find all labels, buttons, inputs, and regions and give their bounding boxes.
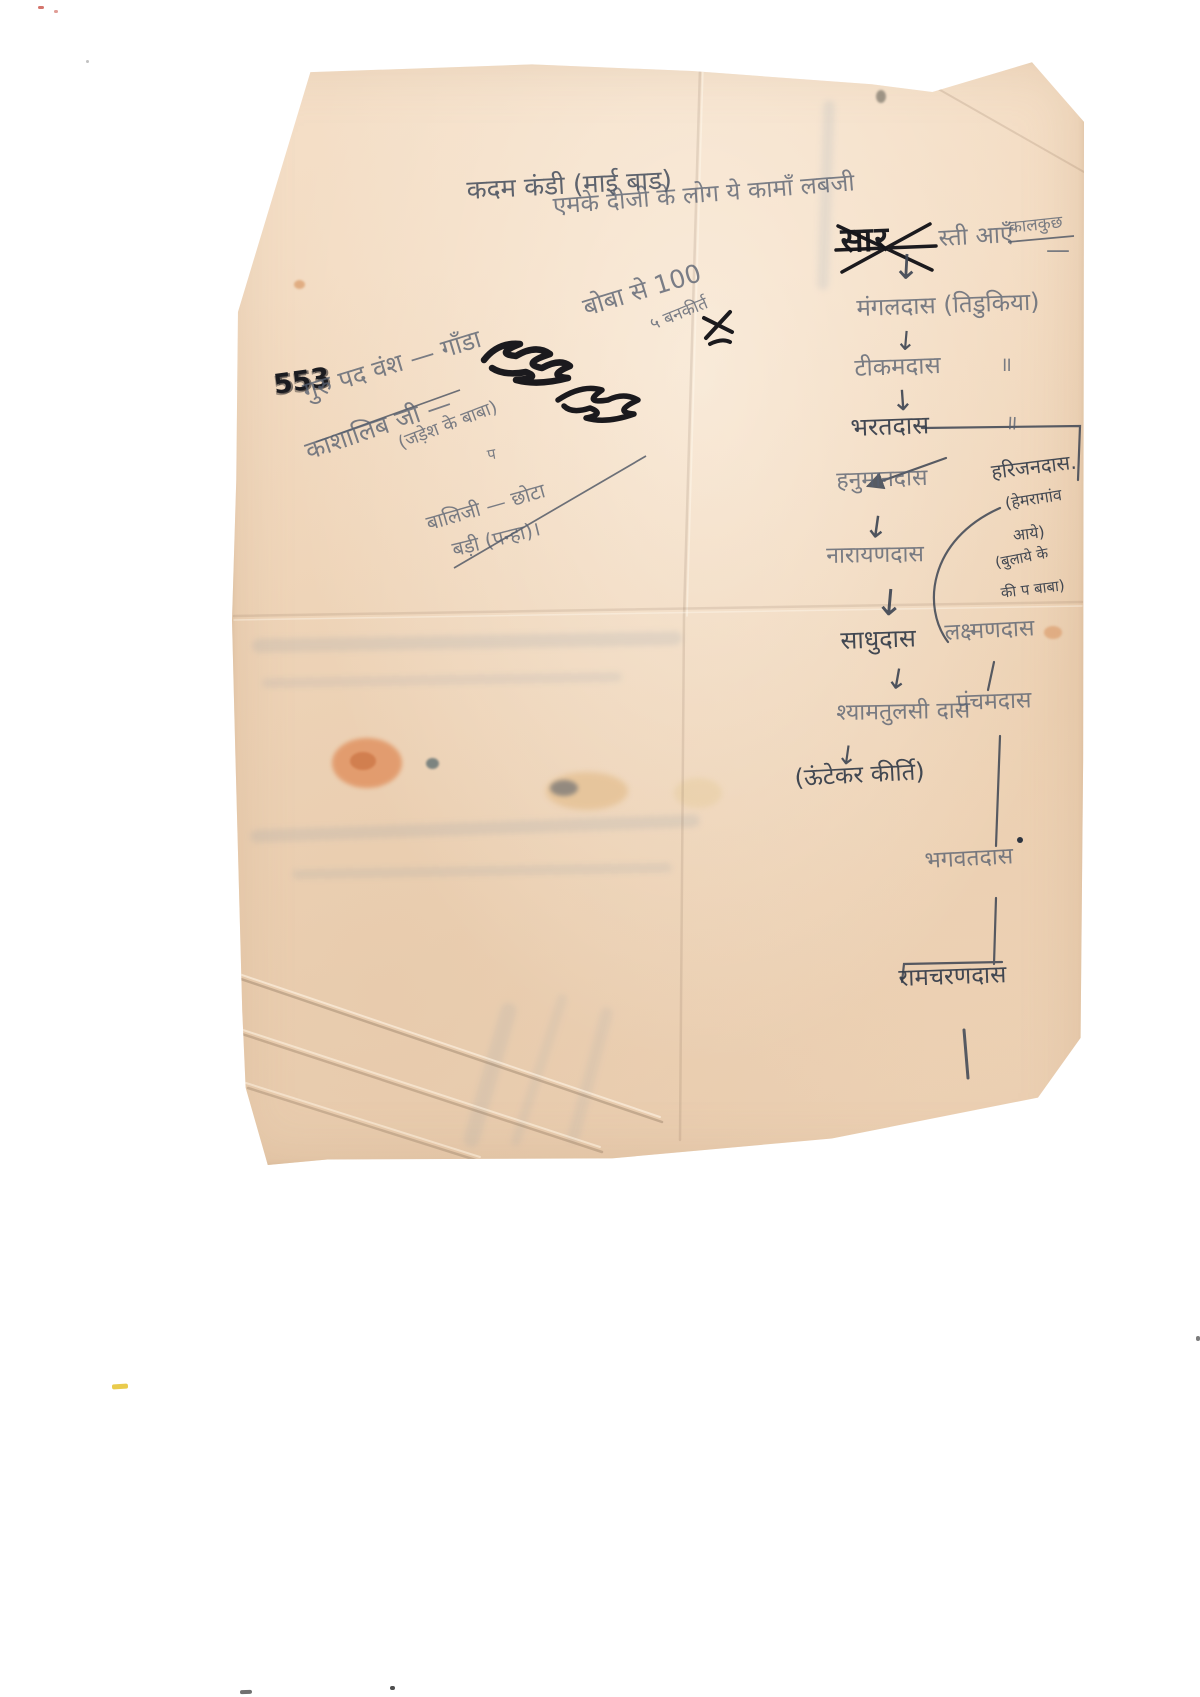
margin-speck-red (38, 6, 44, 9)
erased-smudge (462, 1001, 519, 1150)
margin-speck-gray (86, 60, 89, 63)
note-bana: ५ बनकीर्त (648, 295, 711, 333)
paper-sheet: कदम कंडी (माई बाड) एमके दीजी के लोग ये क… (232, 60, 1084, 1165)
lineage-node-bharatdas: भरतदास (850, 412, 930, 440)
repeat-mark: ॥ (1000, 354, 1012, 374)
erased-smudge (262, 672, 622, 688)
branch-note: की प बाबा) (1000, 578, 1066, 601)
crossed-out-word: सार (840, 222, 891, 258)
down-arrow-icon: ↓ (873, 585, 906, 623)
branch-node-ramcharandas: रामचरणदास (898, 962, 1007, 990)
branch-node-panchamdas: पंचमदास (956, 689, 1032, 715)
edge-dark-mark (876, 90, 886, 103)
lineage-node-shyamtulsidas: श्यामतुलसी दास (836, 700, 970, 725)
erased-smudge (252, 631, 682, 653)
orange-speck (1044, 626, 1062, 639)
struck-after-text: स्ती आएँ (938, 222, 1014, 250)
lineage-node-tikamdas: टीकमदास (854, 353, 941, 380)
bhagwat-ram-line (994, 898, 996, 964)
down-arrow-icon: ↓ (883, 664, 911, 696)
lineage-node-mangaldas: मंगलदास (तिडुकिया) (856, 290, 1040, 320)
navy-smudge (550, 780, 578, 796)
struck-dash: — (1046, 238, 1070, 262)
lineage-node-untekar: (ऊंटेकर कीर्ति) (794, 759, 925, 790)
lineage-node-narayandas: नारायणदास (826, 543, 924, 568)
ink-dot (1017, 837, 1023, 843)
erased-smudge (510, 992, 569, 1147)
scratch-out-blob-2 (558, 388, 638, 420)
branch-head-harijandas: हरिजनदास. (990, 452, 1077, 482)
margin-speck-yellow (112, 1383, 128, 1389)
margin-speck-red (54, 10, 58, 13)
down-arrow-icon: ↓ (891, 250, 921, 285)
branch-node-bhagwatdas: भगवतदास (924, 845, 1014, 873)
scan-background: कदम कंडी (माई बाड) एमके दीजी के लोग ये क… (0, 0, 1200, 1697)
laxman-pancham-line (988, 662, 994, 690)
lineage-node-sadhudas: साधुदास (840, 625, 916, 653)
margin-speck-dark (1196, 1336, 1200, 1341)
orange-speck (294, 280, 305, 289)
erased-smudge (566, 1006, 614, 1144)
margin-speck-dark (240, 1690, 252, 1694)
margin-speck-dark (390, 1686, 395, 1690)
pancham-bhagwat-line (996, 736, 1000, 846)
branch-note: आये) (1012, 524, 1046, 544)
erased-smudge (250, 814, 700, 843)
erased-smudge (292, 863, 672, 880)
scratch-out-blob-1 (484, 344, 570, 383)
orange-stain-core (350, 752, 376, 770)
repeat-mark: ॥ (1005, 412, 1018, 433)
teal-ink-dot (426, 758, 439, 769)
scratch-out-se (704, 312, 732, 344)
branch-note: (हेमरागांव (1004, 487, 1063, 512)
note-small-pa: प (486, 447, 497, 463)
branch-note: (बुलाये के (994, 546, 1049, 571)
down-arrow-icon: ↓ (862, 512, 891, 545)
lineage-node-hanumandas: हनुमानदास (836, 467, 928, 493)
tan-stain-small (674, 778, 722, 808)
ramcharan-tail-stroke (964, 1030, 968, 1078)
header-note-right: कालकुछ (1008, 214, 1063, 237)
branch-node-laxmandas: लक्ष्मणदास (944, 617, 1035, 645)
